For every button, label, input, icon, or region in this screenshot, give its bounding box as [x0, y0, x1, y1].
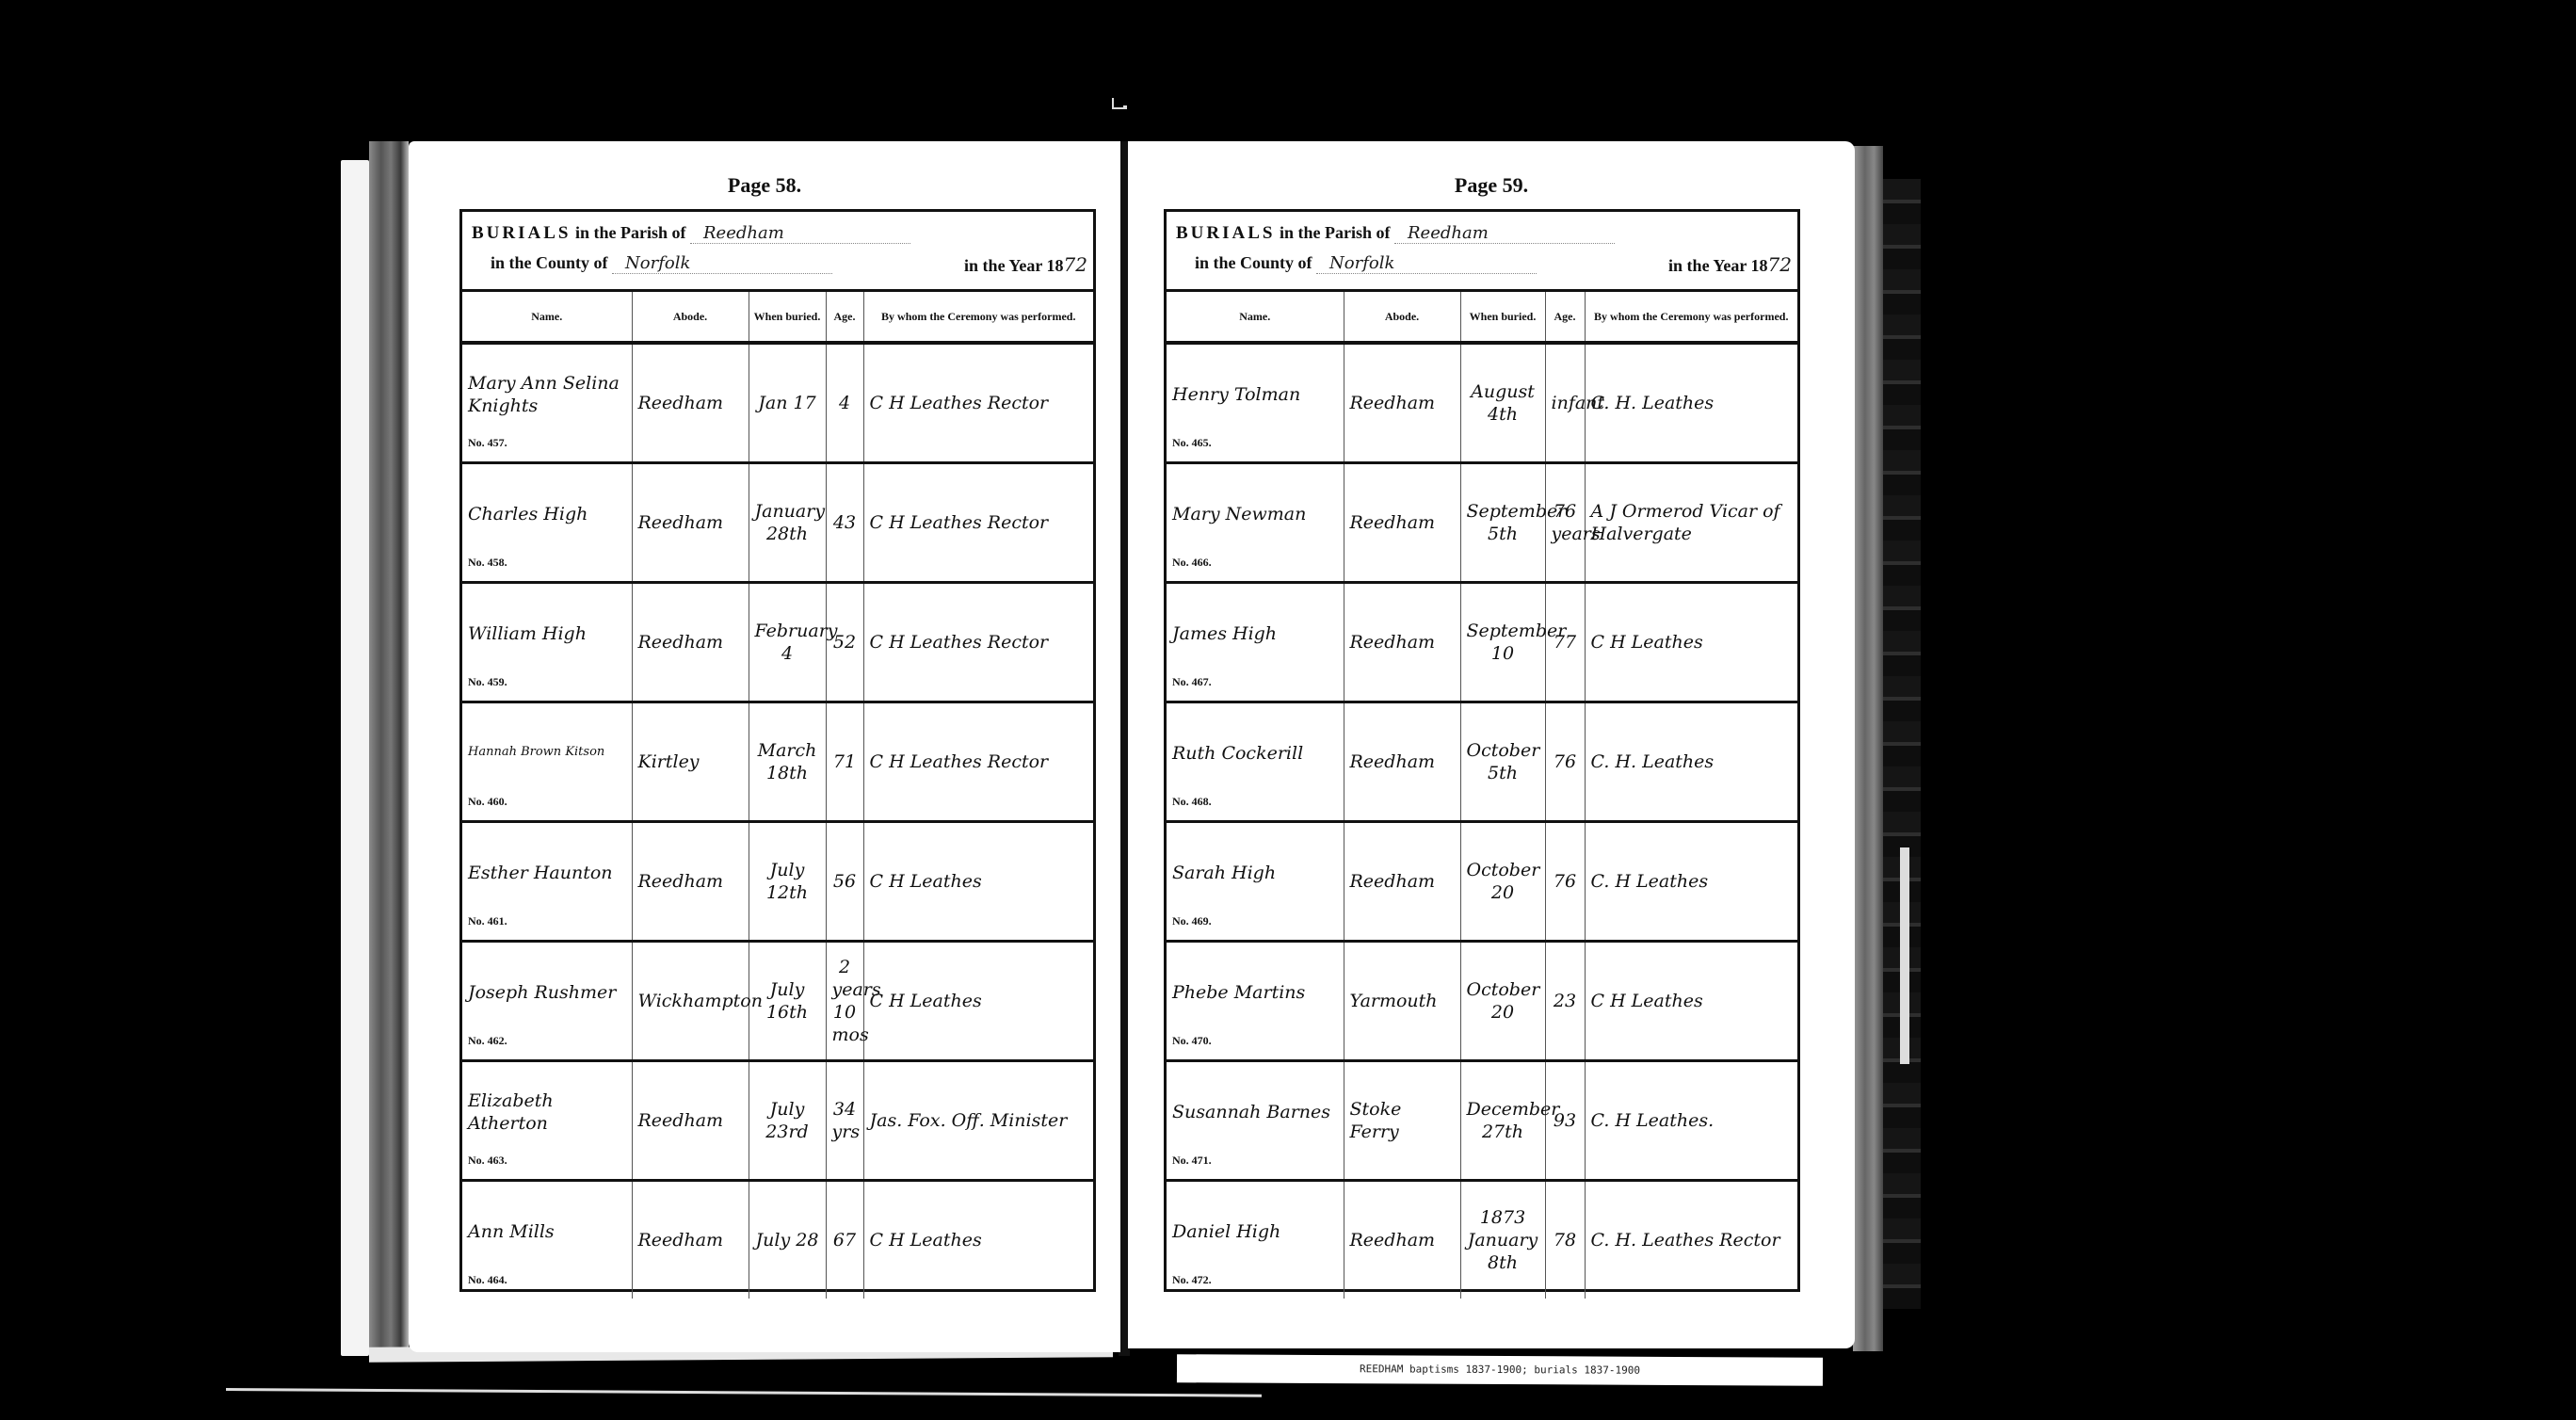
- table-row: Henry TolmanNo. 465. Reedham August 4th …: [1167, 343, 1797, 463]
- entry-age: 77: [1545, 583, 1585, 702]
- entry-when-buried: September 5th: [1460, 463, 1545, 583]
- burial-register-table: BURIALS in the Parish of Reedham in the …: [1164, 209, 1800, 1292]
- burial-entries: Name. Abode. When buried. Age. By whom t…: [1167, 292, 1797, 1299]
- column-headers: Name. Abode. When buried. Age. By whom t…: [1167, 292, 1797, 343]
- entry-name: Joseph Rushmer: [468, 981, 626, 1004]
- table-row: Sarah HighNo. 469. Reedham October 20 76…: [1167, 822, 1797, 942]
- entry-name: Esther Haunton: [468, 862, 626, 884]
- register-heading: BURIALS in the Parish of Reedham in the …: [1167, 212, 1797, 292]
- entry-abode: Stoke Ferry: [1344, 1061, 1460, 1181]
- entry-when-buried: March 18th: [749, 702, 826, 822]
- entry-officiant: A J Ormerod Vicar of Halvergate: [1585, 463, 1797, 583]
- year-value: 72: [1768, 253, 1792, 276]
- county-label: in the County of: [491, 253, 608, 272]
- burials-title: BURIALS: [1176, 223, 1275, 243]
- entry-number: No. 465.: [1172, 431, 1212, 454]
- col-abode: Abode.: [1344, 292, 1460, 343]
- entry-when-buried: October 20: [1460, 942, 1545, 1061]
- book-binding-left: [369, 141, 409, 1356]
- entry-age: 43: [826, 463, 863, 583]
- entry-name: James High: [1172, 622, 1338, 645]
- entry-number: No. 461.: [468, 910, 507, 932]
- table-row: Phebe MartinsNo. 470. Yarmouth October 2…: [1167, 942, 1797, 1061]
- entry-when-buried: January 28th: [749, 463, 826, 583]
- entry-age: infant: [1545, 343, 1585, 463]
- register-page-58: Page 58. BURIALS in the Parish of Reedha…: [409, 141, 1120, 1352]
- table-row: William HighNo. 459. Reedham February 4 …: [462, 583, 1093, 702]
- table-row: Ann MillsNo. 464. Reedham July 28 67 C H…: [462, 1181, 1093, 1299]
- entry-number: No. 460.: [468, 790, 507, 813]
- entry-abode: Reedham: [1344, 822, 1460, 942]
- entry-officiant: C H Leathes: [863, 822, 1093, 942]
- page-number: Page 59.: [1128, 173, 1855, 198]
- entry-age: 4: [826, 343, 863, 463]
- entry-when-buried: July 28: [749, 1181, 826, 1299]
- table-row: Esther HauntonNo. 461. Reedham July 12th…: [462, 822, 1093, 942]
- table-row: Susannah BarnesNo. 471. Stoke Ferry Dece…: [1167, 1061, 1797, 1181]
- entry-number: No. 470.: [1172, 1029, 1212, 1052]
- entry-abode: Reedham: [632, 1061, 749, 1181]
- book-edge-shadow: [1883, 179, 1921, 1309]
- col-name: Name.: [1167, 292, 1344, 343]
- table-row: Joseph RushmerNo. 462. Wickhampton July …: [462, 942, 1093, 1061]
- entry-abode: Reedham: [632, 822, 749, 942]
- parish-label: in the Parish of: [575, 223, 686, 242]
- col-age: Age.: [826, 292, 863, 343]
- scan-edge-line: [226, 1388, 1262, 1397]
- entry-name: Mary Newman: [1172, 503, 1338, 525]
- entry-officiant: C H Leathes: [863, 1181, 1093, 1299]
- col-when-buried: When buried.: [1460, 292, 1545, 343]
- table-row: James HighNo. 467. Reedham September 10 …: [1167, 583, 1797, 702]
- col-abode: Abode.: [632, 292, 749, 343]
- year-label: in the Year 18: [964, 256, 1064, 275]
- entry-number: No. 472.: [1172, 1268, 1212, 1291]
- microfilm-label: REEDHAM baptisms 1837-1900; burials 1837…: [1177, 1354, 1823, 1386]
- entry-officiant: C H Leathes: [863, 942, 1093, 1061]
- year-value: 72: [1064, 253, 1087, 276]
- parish-label: in the Parish of: [1280, 223, 1391, 242]
- entry-number: No. 468.: [1172, 790, 1212, 813]
- entry-name: Charles High: [468, 503, 626, 525]
- entry-name: Phebe Martins: [1172, 981, 1338, 1004]
- entry-officiant: C. H. Leathes: [1585, 702, 1797, 822]
- table-row: Mary NewmanNo. 466. Reedham September 5t…: [1167, 463, 1797, 583]
- entry-age: 76: [1545, 822, 1585, 942]
- entry-age: 76 years: [1545, 463, 1585, 583]
- table-row: Hannah Brown KitsonNo. 460. Kirtley Marc…: [462, 702, 1093, 822]
- entry-when-buried: October 20: [1460, 822, 1545, 942]
- entry-number: No. 459.: [468, 670, 507, 693]
- entry-abode: Wickhampton: [632, 942, 749, 1061]
- table-row: Elizabeth AthertonNo. 463. Reedham July …: [462, 1061, 1093, 1181]
- register-page-59: Page 59. BURIALS in the Parish of Reedha…: [1128, 141, 1855, 1348]
- entry-name: Ruth Cockerill: [1172, 742, 1338, 765]
- entry-name: Henry Tolman: [1172, 383, 1338, 406]
- entry-name: William High: [468, 622, 626, 645]
- entry-abode: Yarmouth: [1344, 942, 1460, 1061]
- entry-number: No. 464.: [468, 1268, 507, 1291]
- entry-when-buried: July 16th: [749, 942, 826, 1061]
- entry-abode: Reedham: [632, 343, 749, 463]
- entry-age: 67: [826, 1181, 863, 1299]
- register-heading: BURIALS in the Parish of Reedham in the …: [462, 212, 1093, 292]
- col-officiant: By whom the Ceremony was performed.: [1585, 292, 1797, 343]
- entry-age: 2 years 10 mos: [826, 942, 863, 1061]
- county-value: Norfolk: [1316, 253, 1537, 274]
- parish-value: Reedham: [690, 223, 910, 244]
- book-binding-right: [1853, 146, 1883, 1351]
- entry-age: 23: [1545, 942, 1585, 1061]
- entry-number: No. 471.: [1172, 1149, 1212, 1171]
- year-label: in the Year 18: [1668, 256, 1768, 275]
- entry-name: Mary Ann Selina Knights: [468, 372, 626, 417]
- entry-when-buried: July 23rd: [749, 1061, 826, 1181]
- entry-number: No. 462.: [468, 1029, 507, 1052]
- county-value: Norfolk: [612, 253, 832, 274]
- entry-number: No. 466.: [1172, 551, 1212, 573]
- entry-abode: Reedham: [1344, 463, 1460, 583]
- entry-officiant: C. H. Leathes Rector: [1585, 1181, 1797, 1299]
- entry-abode: Reedham: [1344, 583, 1460, 702]
- entry-age: 34 yrs: [826, 1061, 863, 1181]
- entry-abode: Reedham: [1344, 702, 1460, 822]
- entry-when-buried: December 27th: [1460, 1061, 1545, 1181]
- book-edge-left: [341, 160, 369, 1356]
- entry-age: 78: [1545, 1181, 1585, 1299]
- entry-age: 56: [826, 822, 863, 942]
- entry-when-buried: February 4: [749, 583, 826, 702]
- page-tab: [1900, 847, 1909, 1064]
- entry-abode: Reedham: [632, 463, 749, 583]
- entry-abode: Reedham: [1344, 1181, 1460, 1299]
- entry-abode: Reedham: [632, 1181, 749, 1299]
- burials-title: BURIALS: [472, 223, 571, 243]
- col-name: Name.: [462, 292, 632, 343]
- table-row: Charles HighNo. 458. Reedham January 28t…: [462, 463, 1093, 583]
- entry-when-buried: Jan 17: [749, 343, 826, 463]
- entry-when-buried: October 5th: [1460, 702, 1545, 822]
- entry-number: No. 463.: [468, 1149, 507, 1171]
- entry-name: Daniel High: [1172, 1220, 1338, 1243]
- table-row: Mary Ann Selina KnightsNo. 457. Reedham …: [462, 343, 1093, 463]
- table-row: Daniel HighNo. 472. Reedham 1873 January…: [1167, 1181, 1797, 1299]
- col-officiant: By whom the Ceremony was performed.: [863, 292, 1093, 343]
- parish-value: Reedham: [1394, 223, 1615, 244]
- entry-age: 76: [1545, 702, 1585, 822]
- entry-age: 93: [1545, 1061, 1585, 1181]
- entry-name: Hannah Brown Kitson: [468, 745, 626, 760]
- entry-number: No. 467.: [1172, 670, 1212, 693]
- entry-age: 52: [826, 583, 863, 702]
- entry-number: No. 469.: [1172, 910, 1212, 932]
- burial-entries: Name. Abode. When buried. Age. By whom t…: [462, 292, 1093, 1299]
- entry-officiant: C H Leathes Rector: [863, 702, 1093, 822]
- entry-name: Elizabeth Atherton: [468, 1089, 626, 1135]
- entry-abode: Kirtley: [632, 702, 749, 822]
- entry-officiant: C. H. Leathes: [1585, 343, 1797, 463]
- col-age: Age.: [1545, 292, 1585, 343]
- entry-number: No. 458.: [468, 551, 507, 573]
- entry-when-buried: September 10: [1460, 583, 1545, 702]
- page-number: Page 58.: [409, 173, 1120, 198]
- entry-when-buried: July 12th: [749, 822, 826, 942]
- crop-mark-icon: [1112, 98, 1125, 109]
- entry-number: No. 457.: [468, 431, 507, 454]
- entry-officiant: C H Leathes Rector: [863, 583, 1093, 702]
- entry-when-buried: 1873 January 8th: [1460, 1181, 1545, 1299]
- entry-name: Susannah Barnes: [1172, 1101, 1338, 1123]
- entry-officiant: C. H Leathes: [1585, 822, 1797, 942]
- entry-officiant: C H Leathes: [1585, 583, 1797, 702]
- table-row: Ruth CockerillNo. 468. Reedham October 5…: [1167, 702, 1797, 822]
- entry-officiant: C. H Leathes.: [1585, 1061, 1797, 1181]
- entry-abode: Reedham: [1344, 343, 1460, 463]
- county-label: in the County of: [1195, 253, 1312, 272]
- entry-name: Sarah High: [1172, 862, 1338, 884]
- entry-officiant: C H Leathes Rector: [863, 343, 1093, 463]
- entry-age: 71: [826, 702, 863, 822]
- entry-officiant: Jas. Fox. Off. Minister: [863, 1061, 1093, 1181]
- entry-abode: Reedham: [632, 583, 749, 702]
- col-when-buried: When buried.: [749, 292, 826, 343]
- column-headers: Name. Abode. When buried. Age. By whom t…: [462, 292, 1093, 343]
- entry-when-buried: August 4th: [1460, 343, 1545, 463]
- entry-officiant: C H Leathes: [1585, 942, 1797, 1061]
- entry-officiant: C H Leathes Rector: [863, 463, 1093, 583]
- burial-register-table: BURIALS in the Parish of Reedham in the …: [459, 209, 1096, 1292]
- entry-name: Ann Mills: [468, 1220, 626, 1243]
